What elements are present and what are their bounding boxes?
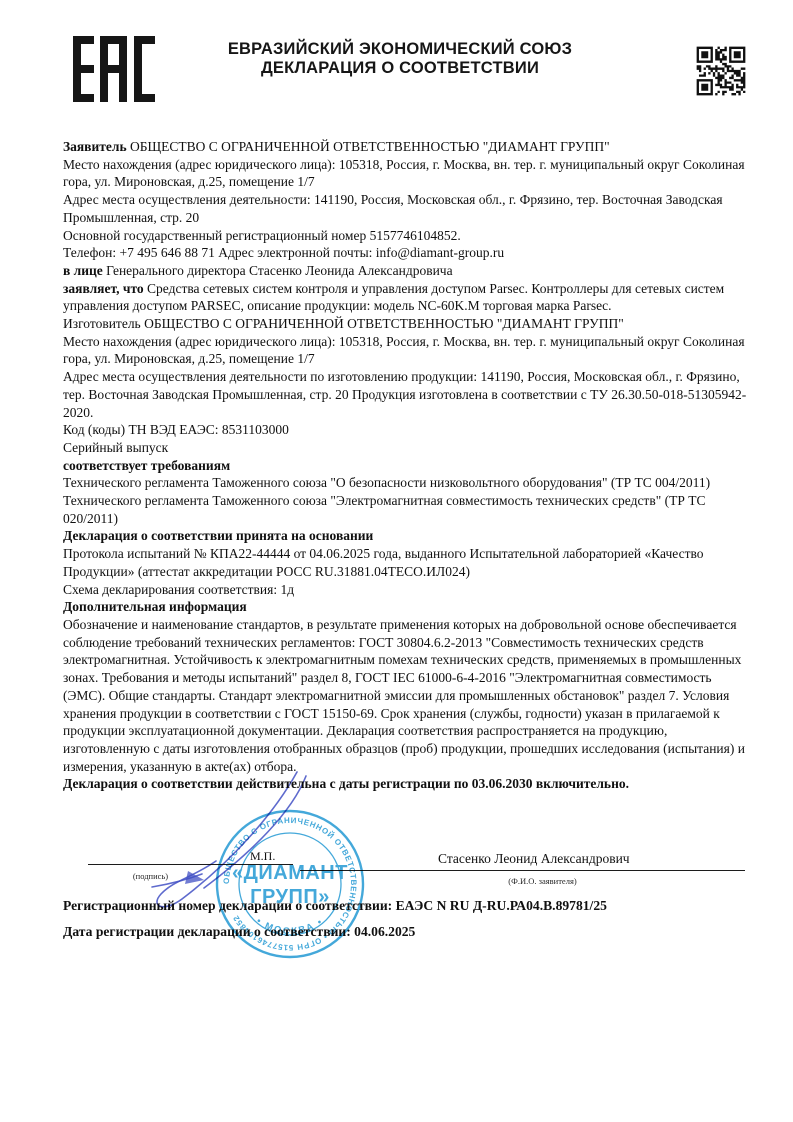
stamp-center-line1: «ДИАМАНТ: [232, 862, 348, 884]
manufacturer-line: Изготовитель ОБЩЕСТВО С ОГРАНИЧЕННОЙ ОТВ…: [63, 315, 747, 333]
regulation-tr-ts-020: Технического регламента Таможенного союз…: [63, 492, 747, 527]
document-body: Заявитель ОБЩЕСТВО С ОГРАНИЧЕННОЙ ОТВЕТС…: [63, 138, 747, 793]
contacts-line: Телефон: +7 495 646 88 71 Адрес электрон…: [63, 244, 747, 262]
additional-text: Обозначение и наименование стандартов, в…: [63, 616, 747, 775]
regulation-tr-ts-004: Технического регламента Таможенного союз…: [63, 474, 747, 492]
stamp-center-line2: ГРУПП»: [250, 886, 330, 908]
qr-code-icon: [692, 42, 750, 100]
scheme-line: Схема декларирования соответствия: 1д: [63, 581, 747, 599]
title-declaration: ДЕКЛАРАЦИЯ О СООТВЕТСТВИИ: [150, 59, 650, 78]
signature-caption: (подпись): [88, 871, 213, 881]
signatory-name: Стасенко Леонид Александрович: [438, 851, 630, 867]
company-stamp: ОБЩЕСТВО С ОГРАНИЧЕННОЙ ОТВЕТСТВЕННОСТЬЮ…: [213, 807, 367, 961]
complies-heading: соответствует требованиям: [63, 457, 747, 475]
document-title: ЕВРАЗИЙСКИЙ ЭКОНОМИЧЕСКИЙ СОЮЗ ДЕКЛАРАЦИ…: [150, 40, 650, 77]
tnved-code: Код (коды) ТН ВЭД ЕАЭС: 8531103000: [63, 421, 747, 439]
represented-by: в лице Генерального директора Стасенко Л…: [63, 262, 747, 280]
serial-issue: Серийный выпуск: [63, 439, 747, 457]
applicant-activity-address: Адрес места осуществления деятельности: …: [63, 191, 747, 226]
applicant-label: Заявитель: [63, 139, 127, 154]
manufacturer-address: Место нахождения (адрес юридического лиц…: [63, 333, 747, 368]
svg-text:• МОСКВА •: • МОСКВА •: [254, 916, 326, 937]
validity-line: Декларация о соответствии действительна …: [63, 775, 747, 793]
additional-heading: Дополнительная информация: [63, 598, 747, 616]
name-caption: (Ф.И.О. заявителя): [460, 876, 625, 886]
stamp-bottom-text: • МОСКВА •: [254, 916, 326, 937]
declaration-document: ЕВРАЗИЙСКИЙ ЭКОНОМИЧЕСКИЙ СОЮЗ ДЕКЛАРАЦИ…: [0, 0, 793, 1122]
applicant-paragraph: Заявитель ОБЩЕСТВО С ОГРАНИЧЕННОЙ ОТВЕТС…: [63, 138, 747, 156]
eac-mark-logo: [73, 36, 155, 102]
title-union: ЕВРАЗИЙСКИЙ ЭКОНОМИЧЕСКИЙ СОЮЗ: [150, 40, 650, 59]
production-address: Адрес места осуществления деятельности п…: [63, 368, 747, 421]
basis-heading: Декларация о соответствии принята на осн…: [63, 527, 747, 545]
declaration-statement: заявляет, что Средства сетевых систем ко…: [63, 280, 747, 315]
ogrn-line: Основной государственный регистрационный…: [63, 227, 747, 245]
basis-text: Протокола испытаний № КПА22-44444 от 04.…: [63, 545, 747, 580]
applicant-address: Место нахождения (адрес юридического лиц…: [63, 156, 747, 191]
